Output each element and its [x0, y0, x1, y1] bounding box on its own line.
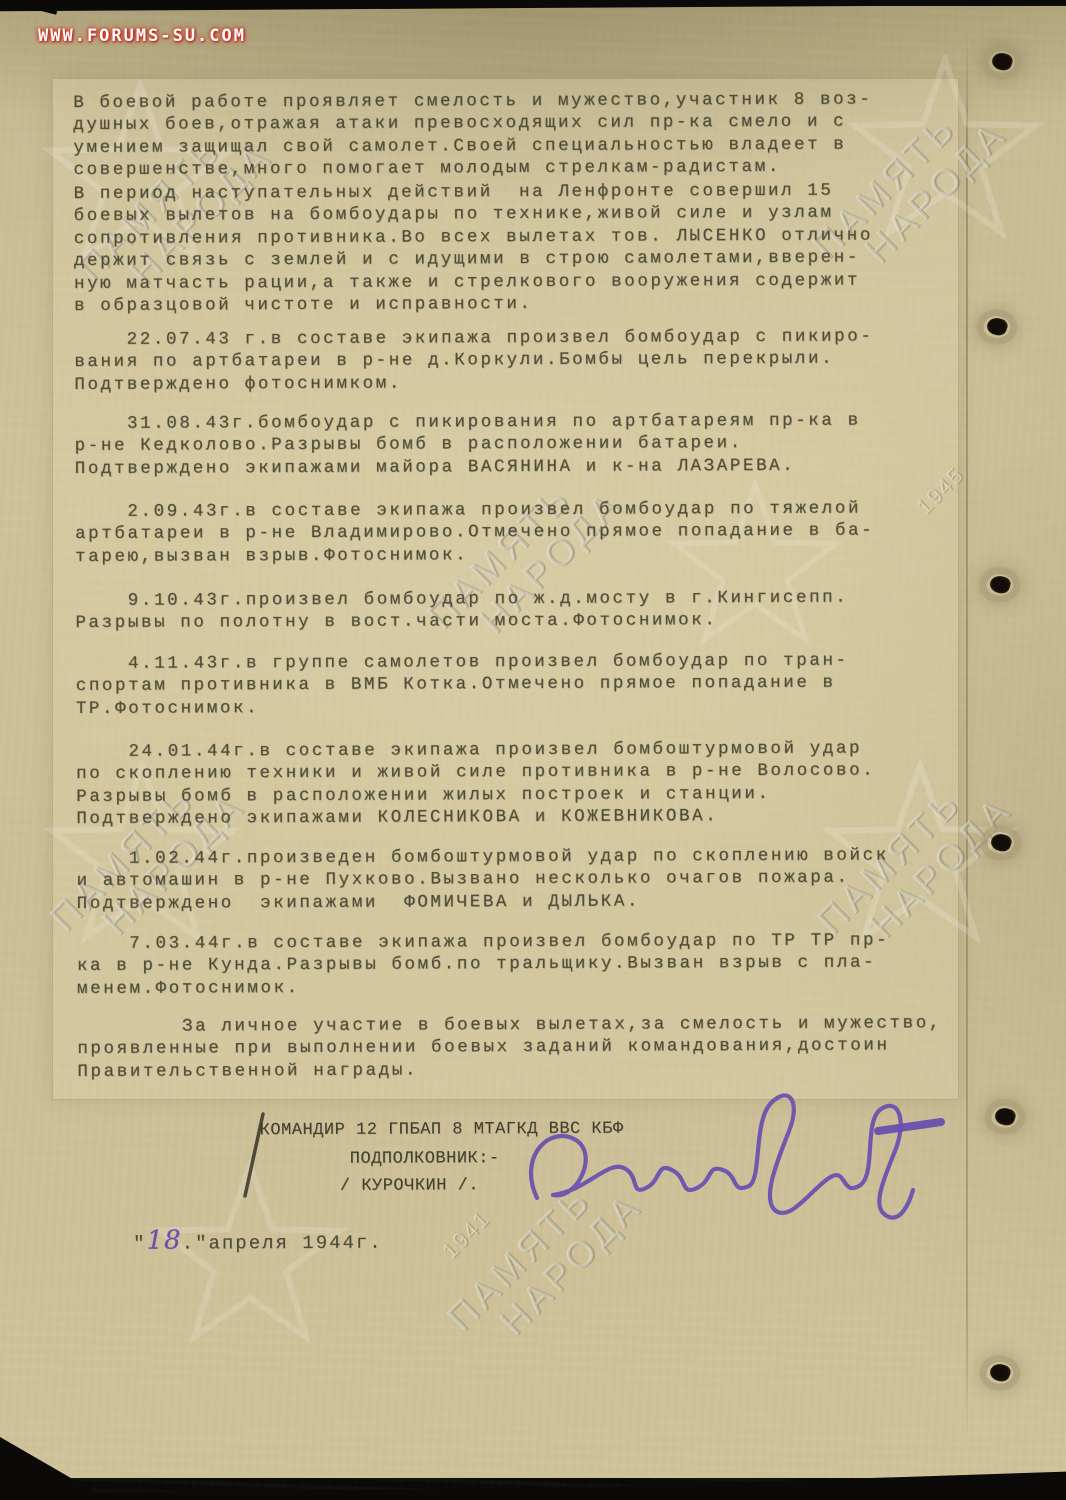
forums-su-watermark: WWW.FORUMS-SU.COM [38, 26, 246, 46]
signature-dash [878, 1122, 941, 1131]
pen-slash [245, 1114, 263, 1196]
signature [531, 1095, 913, 1217]
ink-layer [0, 0, 1066, 1500]
